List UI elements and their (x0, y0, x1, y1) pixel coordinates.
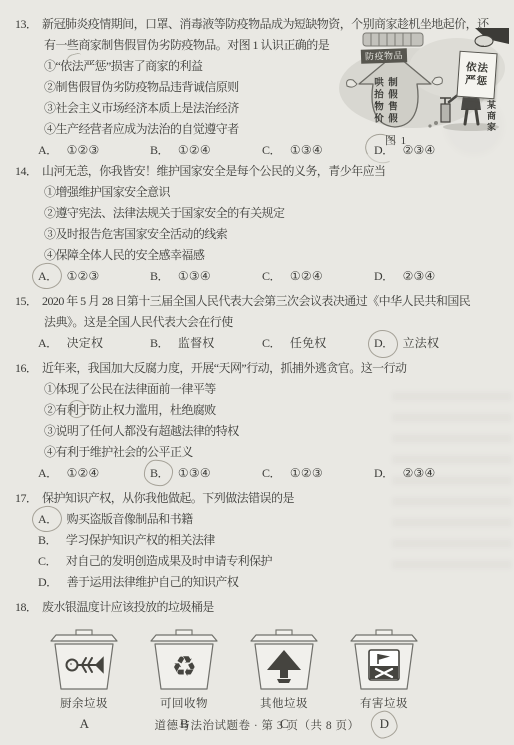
option-D: D．②③④ (374, 463, 435, 484)
question-16-options: A．①②④ B．①③④ C．①②③ D．②③④ (38, 463, 506, 484)
bin-label: 其他垃圾 (244, 697, 324, 712)
option-A: A．①②④ (38, 463, 150, 484)
question-stem-text: 保护知识产权，从你我他做起。下列做法错误的是 (42, 491, 294, 505)
option-label-C: C． (262, 266, 281, 287)
option-label-D-pencil-circled: D． (374, 333, 394, 354)
option-value-C: ①③④ (290, 140, 323, 161)
option-value-B: 学习保护知识产权的相关法律 (66, 533, 215, 547)
option-value-C: ①②④ (290, 266, 323, 287)
question-16-item-3: ③说明了任何人都没有超越法律的特权 (44, 421, 506, 442)
question-number: 16． (15, 358, 42, 379)
question-15-stem-line1: 15．2020 年 5 月 28 日第十三届全国人民代表大会第三次会议表决通过《… (15, 291, 506, 312)
option-value-A: 决定权 (67, 333, 104, 354)
question-18-stem: 18．废水银温度计应该投放的垃圾桶是 (15, 597, 506, 618)
option-label-C: C． (262, 333, 281, 354)
question-16: 16．近年来，我国加大反腐力度，开展“天网”行动，抓捕外逃贪官。这一行动 ①体现… (15, 358, 506, 484)
figure-1-cartoon: 防疫物品 哄抬物价 制假售假 依法 严惩 某商家 图 1 (337, 28, 509, 160)
question-15: 15．2020 年 5 月 28 日第十三届全国人民代表大会第三次会议表决通过《… (15, 291, 506, 354)
option-D: D．立法权 (374, 333, 439, 354)
question-stem-text: 近年来，我国加大反腐力度，开展“天网”行动，抓捕外逃贪官。这一行动 (42, 361, 407, 375)
question-stem-text: 2020 年 5 月 28 日第十三届全国人民代表大会第三次会议表决通过《中华人… (42, 294, 470, 308)
hazard-icon (369, 650, 399, 680)
option-value-A: ①②③ (67, 140, 100, 161)
bin-graphic: ♻ (144, 627, 224, 691)
exam-page: 13．新冠肺炎疫情期间，口罩、消毒液等防疫物品成为短缺物资，个别商家趁机坐地起价… (0, 0, 514, 745)
question-17: 17．保护知识产权，从你我他做起。下列做法错误的是 A．购买盗版音像制品和书籍 … (15, 488, 506, 593)
option-label-D: D． (38, 572, 58, 593)
option-label-B: B． (150, 333, 169, 354)
question-number: 14． (15, 161, 42, 182)
option-A: A．决定权 (38, 333, 150, 354)
option-value-D: 善于运用法律维护自己的知识产权 (67, 575, 239, 589)
law-notice-paper: 依法 严惩 (456, 51, 497, 100)
bin-label: 可回收物 (144, 697, 224, 712)
bin-label: 厨余垃圾 (44, 697, 124, 712)
merchant-label: 某商家 (485, 100, 496, 133)
question-16-item-2-pencil-circled: ②有利于防止权力滥用，杜绝腐败 (44, 400, 506, 421)
question-16-stem: 16．近年来，我国加大反腐力度，开展“天网”行动，抓捕外逃贪官。这一行动 (15, 358, 506, 379)
option-label-C: C． (38, 551, 57, 572)
question-18: 18．废水银温度计应该投放的垃圾桶是 厨余垃圾 A (15, 597, 506, 733)
option-label-D: D． (374, 463, 394, 484)
question-stem-text: 山河无恙，你我皆安！维护国家安全是每个公民的义务，青少年应当 (42, 164, 386, 178)
option-value-A: ①②③ (67, 266, 100, 287)
option-value-D: 立法权 (403, 333, 440, 354)
figure-caption: 图 1 (337, 134, 455, 148)
arrow-text-right-column: 制假售假 (384, 77, 397, 125)
option-value-B: 监督权 (178, 333, 215, 354)
banner-label: 防疫物品 (361, 48, 407, 64)
question-14-item-3: ③及时报告危害国家安全活动的线索 (44, 224, 506, 245)
question-14-item-2: ②遵守宪法、法律法规关于国家安全的有关规定 (44, 203, 506, 224)
option-label-A-pencil-circled: A． (38, 266, 58, 287)
option-value-B: ①②④ (178, 140, 211, 161)
option-C: C．①②④ (262, 266, 374, 287)
question-14: 14．山河无恙，你我皆安！维护国家安全是每个公民的义务，青少年应当 ①增强维护国… (15, 161, 506, 287)
option-label-A: A． (38, 140, 58, 161)
bin-graphic (244, 627, 324, 691)
option-label-D: D． (374, 266, 394, 287)
question-stem-text: 废水银温度计应该投放的垃圾桶是 (42, 600, 214, 614)
option-value-B: ①③④ (178, 266, 211, 287)
question-number: 17． (15, 488, 42, 509)
option-label-B-pencil-circled: B． (150, 463, 169, 484)
question-14-options: A．①②③ B．①③④ C．①②④ D．②③④ (38, 266, 506, 287)
option-B: B．①②④ (150, 140, 262, 161)
bin-graphic (344, 627, 424, 691)
option-label-A: A． (38, 463, 58, 484)
question-16-item-4: ④有利于维护社会的公平正义 (44, 442, 506, 463)
option-value-C: 任免权 (290, 333, 327, 354)
option-label-B: B． (38, 530, 57, 551)
option-value-D: ②③④ (403, 266, 436, 287)
bin-graphic (44, 627, 124, 691)
question-number: 15． (15, 291, 42, 312)
law-hand (475, 28, 509, 47)
option-B: B．①③④ (150, 266, 262, 287)
question-17-option-C: C．对自己的发明创造成果及时申请专利保护 (38, 551, 506, 572)
option-A: A．①②③ (38, 266, 150, 287)
option-value-B: ①③④ (178, 463, 211, 484)
question-number: 13． (15, 14, 42, 35)
goods-stack (363, 33, 423, 46)
page-footer: 道德与法治试题卷 · 第 3 页（共 8 页） (0, 717, 514, 733)
question-number: 18． (15, 597, 42, 618)
option-B: B．①③④ (150, 463, 262, 484)
option-label-B: B． (150, 266, 169, 287)
option-A: A．①②③ (38, 140, 150, 161)
question-14-stem: 14．山河无恙，你我皆安！维护国家安全是每个公民的义务，青少年应当 (15, 161, 506, 182)
option-label-A: A． (38, 333, 58, 354)
option-label-C: C． (262, 463, 281, 484)
option-label-A-pencil-circled: A． (38, 509, 58, 530)
option-value-D: ②③④ (403, 463, 436, 484)
option-value-C: 对自己的发明创造成果及时申请专利保护 (66, 554, 272, 568)
question-14-item-1: ①增强维护国家安全意识 (44, 182, 506, 203)
option-label-C: C． (262, 140, 281, 161)
option-value-A: 购买盗版音像制品和书籍 (67, 512, 193, 526)
question-17-option-D: D．善于运用法律维护自己的知识产权 (38, 572, 506, 593)
bin-label: 有害垃圾 (344, 697, 424, 712)
option-value-C: ①②③ (290, 463, 323, 484)
recycle-icon: ♻ (172, 650, 197, 683)
question-17-stem: 17．保护知识产权，从你我他做起。下列做法错误的是 (15, 488, 506, 509)
option-C: C．任免权 (262, 333, 374, 354)
question-15-options: A．决定权 B．监督权 C．任免权 D．立法权 (38, 333, 506, 354)
question-16-item-1: ①体现了公民在法律面前一律平等 (44, 379, 506, 400)
option-label-B: B． (150, 140, 169, 161)
question-15-stem-line2: 法典》。这是全国人民代表大会在行使 (44, 312, 506, 333)
option-B: B．监督权 (150, 333, 262, 354)
question-14-item-4: ④保障全体人民的安全感幸福感 (44, 245, 506, 266)
question-17-option-B: B．学习保护知识产权的相关法律 (38, 530, 506, 551)
arrow-text-left-column: 哄抬物价 (370, 77, 383, 125)
option-value-A: ①②④ (67, 463, 100, 484)
option-C: C．①②③ (262, 463, 374, 484)
paper-text-line2: 严惩 (465, 74, 489, 89)
option-D: D．②③④ (374, 266, 435, 287)
question-17-option-A: A．购买盗版音像制品和书籍 (38, 509, 506, 530)
